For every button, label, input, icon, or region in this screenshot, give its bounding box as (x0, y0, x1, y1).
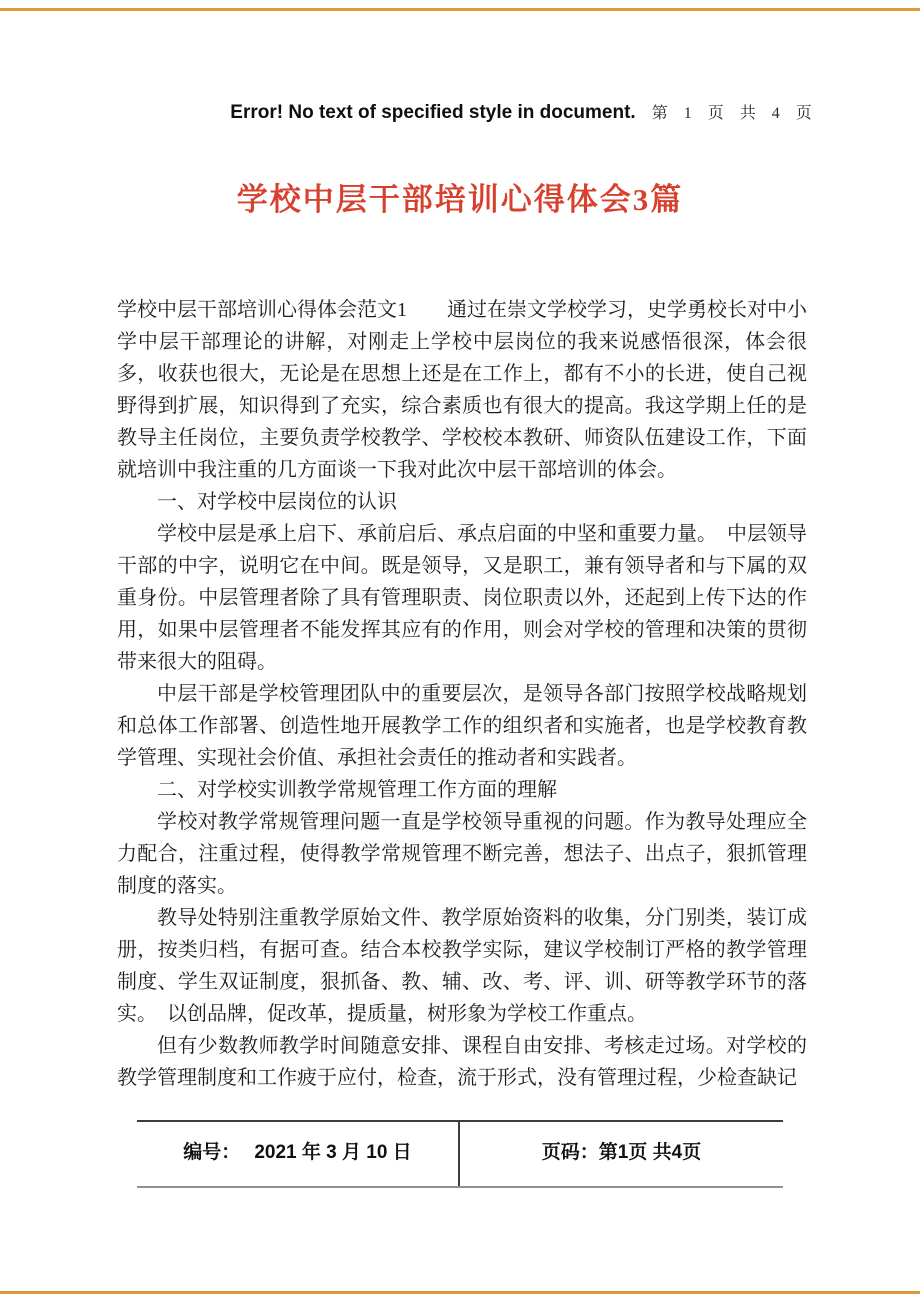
header-error-text: Error! No text of specified style in doc… (230, 102, 635, 124)
document-page: Error! No text of specified style in doc… (0, 0, 920, 1302)
document-title: 学校中层干部培训心得体会3篇 (0, 174, 920, 219)
body-paragraph: 一、对学校中层岗位的认识 (117, 486, 807, 518)
page-header: Error! No text of specified style in doc… (64, 100, 920, 124)
body-paragraph: 学校中层干部培训心得体会范文1 通过在崇文学校学习，史学勇校长对中小学中层干部理… (117, 294, 807, 486)
footer-number-cell: 编号：2021 年 3 月 10 日 (137, 1122, 460, 1186)
document-body: 学校中层干部培训心得体会范文1 通过在崇文学校学习，史学勇校长对中小学中层干部理… (117, 294, 807, 1094)
footer-page-cell: 页码：第1页 共4页 (460, 1122, 783, 1186)
footer-number-label: 编号： (183, 1137, 240, 1164)
body-paragraph: 学校对教学常规管理问题一直是学校领导重视的问题。作为教导处理应全力配合，注重过程… (117, 806, 807, 902)
body-paragraph: 学校中层是承上启下、承前启后、承点启面的中坚和重要力量。 中层领导干部的中字，说… (117, 518, 807, 678)
footer-page-value: 第1页 共4页 (599, 1137, 701, 1164)
footer-page-label: 页码： (542, 1137, 599, 1164)
footer-date-value: 2021 年 3 月 10 日 (254, 1137, 411, 1164)
footer-table: 编号：2021 年 3 月 10 日 页码：第1页 共4页 (137, 1120, 783, 1188)
top-border-line (0, 8, 920, 11)
bottom-border-line (0, 1291, 920, 1294)
body-paragraph: 二、对学校实训教学常规管理工作方面的理解 (117, 774, 807, 806)
body-paragraph: 但有少数教师教学时间随意安排、课程自由安排、考核走过场。对学校的教学管理制度和工… (117, 1030, 807, 1094)
header-page-number: 第 1 页 共 4 页 (652, 100, 818, 123)
body-paragraph: 教导处特别注重教学原始文件、教学原始资料的收集，分门别类，装订成册，按类归档，有… (117, 902, 807, 1030)
body-paragraph: 中层干部是学校管理团队中的重要层次，是领导各部门按照学校战略规划和总体工作部署、… (117, 678, 807, 774)
